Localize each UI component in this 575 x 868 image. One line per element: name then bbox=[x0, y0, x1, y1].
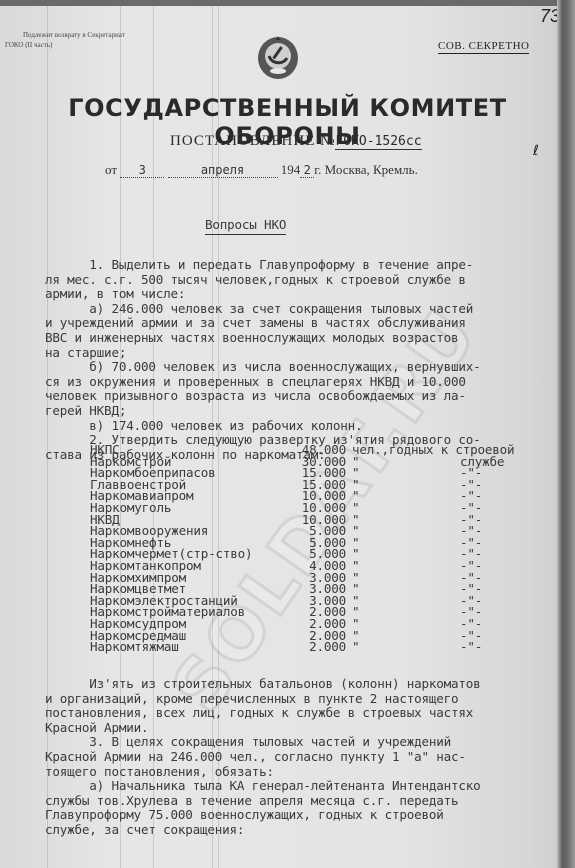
text-line: б) 70.000 человек из числа военнослужащи… bbox=[45, 360, 545, 375]
scan-top-edge bbox=[0, 0, 575, 6]
paragraph-2: Из'ять из строительных батальонов (колон… bbox=[45, 677, 545, 838]
date-year-prefix: 194 bbox=[281, 162, 301, 177]
allocation-value: 2.000 bbox=[274, 640, 346, 655]
commissariat-name: Наркомтяжмаш bbox=[90, 640, 179, 655]
text-line: и учреждений армии и за счет замены в ча… bbox=[45, 316, 545, 331]
ditto-mark: -"- bbox=[460, 640, 482, 655]
ussr-coat-of-arms-icon bbox=[256, 34, 300, 80]
text-line: постановления, всех лиц, годных к службе… bbox=[45, 706, 545, 721]
text-line: армии, в том числе: bbox=[45, 287, 545, 302]
text-line: ся из окружения и проверенных в спецлаге… bbox=[45, 375, 545, 390]
text-line: а) Начальника тыла КА генерал-лейтенанта… bbox=[45, 779, 545, 794]
resolution-number: ГОКО-1526сс bbox=[335, 134, 421, 150]
text-line: Красной Армии. bbox=[45, 721, 545, 736]
text-line: в) 174.000 человек из рабочих колонн. bbox=[45, 419, 545, 434]
return-note: Подлежит возврату в Секретариат ГОКО (II… bbox=[5, 30, 125, 50]
date-year-suffix: 2 bbox=[300, 163, 314, 178]
margin-mark: ℓ bbox=[533, 143, 539, 159]
text-line: тоящего постановления, обязать: bbox=[45, 765, 545, 780]
paragraph-1: 1. Выделить и передать Главупроформу в т… bbox=[45, 258, 545, 462]
resolution-label: ПОСТАНОВЛЕНИЕ № bbox=[170, 133, 335, 149]
return-note-line1: Подлежит возврату в Секретариат bbox=[5, 30, 125, 40]
return-note-line2: ГОКО (II часть) bbox=[5, 40, 125, 50]
text-line: ВВС и инженерных частях военнослужащих м… bbox=[45, 331, 545, 346]
text-line: 3. В целях сокращения тыловых частей и у… bbox=[45, 735, 545, 750]
text-line: 1. Выделить и передать Главупроформу в т… bbox=[45, 258, 545, 273]
text-line: герей НКВД; bbox=[45, 404, 545, 419]
text-line: человек призывного возраста из числа осв… bbox=[45, 389, 545, 404]
text-line: ля мес. с.г. 500 тысяч человек,годных к … bbox=[45, 273, 545, 288]
date-month: апреля bbox=[168, 163, 278, 178]
text-line: службе, за счет сокращения: bbox=[45, 823, 545, 838]
scan-right-edge bbox=[557, 0, 575, 868]
document-page: SOLDAT.RU 73 Подлежит возврату в Секрета… bbox=[0, 0, 575, 868]
text-line: Красной Армии на 246.000 чел., согласно … bbox=[45, 750, 545, 765]
classification-stamp: СОВ. СЕКРЕТНО bbox=[438, 40, 529, 54]
section-heading: Вопросы НКО bbox=[205, 218, 286, 235]
ditto-mark: " bbox=[352, 640, 359, 655]
text-line: Из'ять из строительных батальонов (колон… bbox=[45, 677, 545, 692]
date-place: г. Москва, Кремль. bbox=[314, 162, 418, 177]
text-line: службы тов.Хрулева в течение апреля меся… bbox=[45, 794, 545, 809]
date-day: 3 bbox=[120, 163, 164, 178]
date-line: от 3 апреля 1942г. Москва, Кремль. bbox=[105, 162, 418, 178]
text-line: и организаций, кроме перечисленных в пун… bbox=[45, 692, 545, 707]
text-line: на старшие; bbox=[45, 346, 545, 361]
text-line: Главупроформу 75.000 военнослужащих, год… bbox=[45, 808, 545, 823]
resolution-line: ПОСТАНОВЛЕНИЕ №ГОКО-1526сс bbox=[170, 133, 422, 150]
date-prefix: от bbox=[105, 162, 117, 177]
text-line: а) 246.000 человек за счет сокращения ты… bbox=[45, 302, 545, 317]
